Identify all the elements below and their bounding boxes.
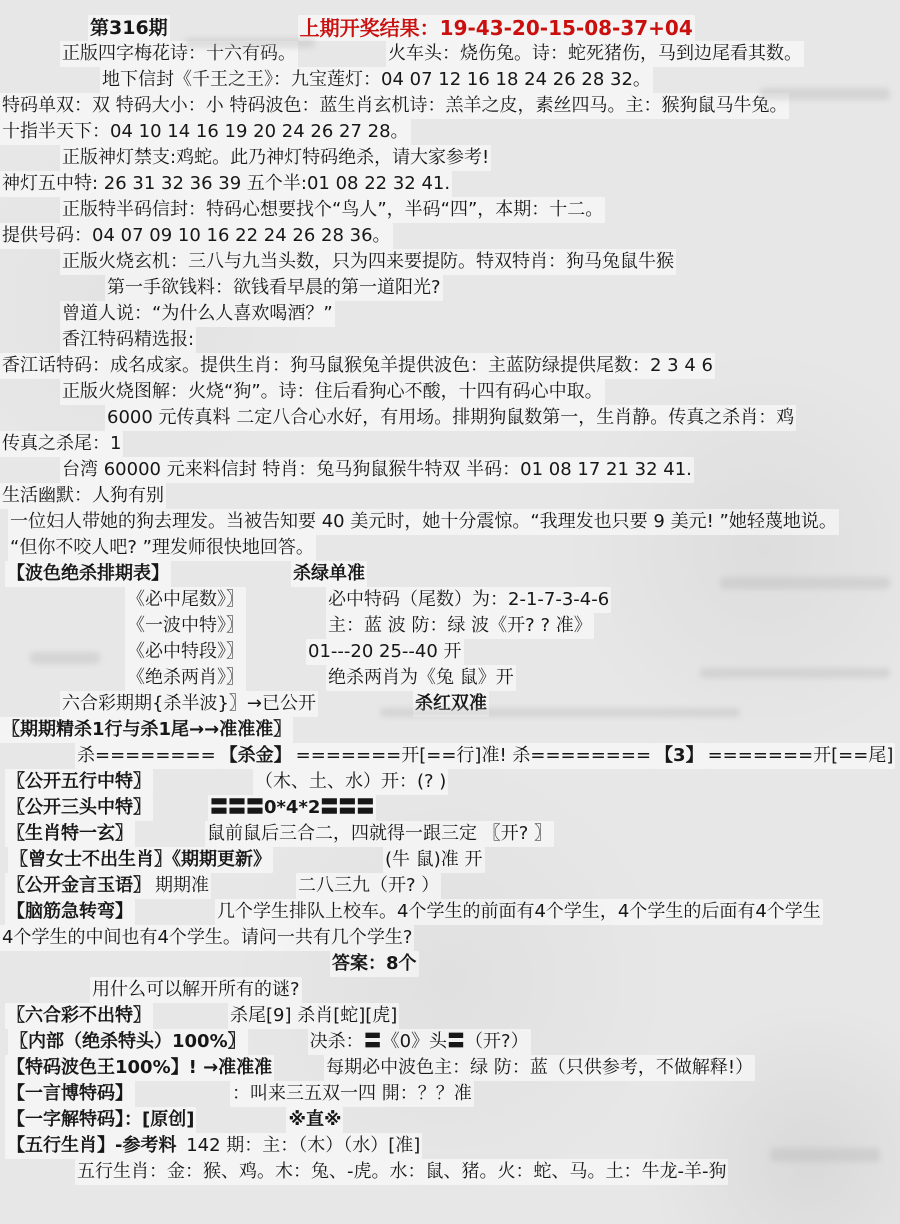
text-segment: （木、土、水）开：(? ): [253, 769, 448, 795]
text-line: 〖公开三头中特〗〓〓〓0*4*2〓〓〓: [0, 795, 900, 821]
text-segment: 〖公开五行中特〗: [5, 769, 153, 795]
text-segment: 〖公开三头中特〗: [5, 795, 153, 821]
text-segment: 正版四字梅花诗：十六有码。: [60, 41, 298, 67]
text-line: 一位妇人带她的狗去理发。当被告知要 40 美元时，她十分震惊。“我理发也只要 9…: [0, 509, 900, 535]
text-segment: 六合彩期期{杀半波}〗→已公开: [60, 691, 318, 717]
text-line: 〖曾女士不出生肖〗《期期更新》(牛 鼠)准 开: [0, 847, 900, 873]
text-segment: 〖公开金言玉语〗: [5, 873, 153, 899]
text-segment: 几个学生排队上校车。4个学生的前面有4个学生，4个学生的后面有4个学生: [215, 899, 823, 925]
text-segment: 传真之杀尾：1: [0, 431, 123, 457]
text-segment: 期期准: [153, 873, 211, 899]
text-segment: 【3】: [653, 743, 706, 769]
text-line: 正版神灯禁支:鸡蛇。此乃神灯特码绝杀，请大家参考!: [0, 145, 900, 171]
text-line: 《一波中特》〗主：蓝 波 防：绿 波《开? ? 准》: [0, 613, 900, 639]
text-segment: 曾道人说：“为什么人喜欢喝酒？”: [60, 301, 335, 327]
text-segment: 杀绿单准: [291, 561, 367, 587]
text-line: 【波色绝杀排期表】杀绿单准: [0, 561, 900, 587]
text-line: 【一字解特码】：[原创]※直※: [0, 1107, 900, 1133]
text-line: 香江话特码：成名成家。提供生肖：狗马鼠猴兔羊提供波色：主蓝防绿提供尾数：2 3 …: [0, 353, 900, 379]
text-segment: 用什么可以解开所有的谜?: [90, 977, 302, 1003]
text-line: 六合彩期期{杀半波}〗→已公开杀红双准: [0, 691, 900, 717]
text-segment: 每期必中波色主：绿 防：蓝（只供参考，不做解释!）: [324, 1055, 755, 1081]
text-line: 4个学生的中间也有4个学生。请问一共有几个学生?: [0, 925, 900, 951]
text-segment: 正版火烧图解：火烧“狗”。诗：住后看狗心不酸，十四有码心中取。: [60, 379, 605, 405]
text-line: 6000 元传真料 二定八合心水好，有用场。排期狗鼠数第一，生肖静。传真之杀肖：…: [0, 405, 900, 431]
text-segment: 【特码波色王100%】! →准准准: [5, 1055, 274, 1081]
text-line: 第316期上期开奖结果：19-43-20-15-08-37+04: [0, 15, 900, 41]
text-segment: 【一言博特码】: [5, 1081, 135, 1107]
text-segment: 答案：8个: [330, 951, 419, 977]
text-segment: 第一手欲钱料：欲钱看早晨的第一道阳光?: [105, 275, 443, 301]
text-segment: 〖六合彩不出特〗: [5, 1003, 153, 1029]
text-line: 正版火烧图解：火烧“狗”。诗：住后看狗心不酸，十四有码心中取。: [0, 379, 900, 405]
text-segment: 〖期期精杀1行与杀1尾→→准准准〗: [0, 717, 293, 743]
text-line: 特码单双：双 特码大小：小 特码波色：蓝生肖玄机诗：羔羊之皮，素丝四马。主：猴狗…: [0, 93, 900, 119]
text-segment: 主：蓝 波 防：绿 波《开? ? 准》: [326, 613, 594, 639]
text-line: 《必中尾数》〗必中特码（尾数）为：2-1-7-3-4-6: [0, 587, 900, 613]
text-line: 《绝杀两肖》〗绝杀两肖为《兔 鼠》开: [0, 665, 900, 691]
text-segment: 〓〓〓0*4*2〓〓〓: [208, 795, 376, 821]
text-segment: 〖内部（绝杀特头）100%〗: [8, 1029, 248, 1055]
text-segment: 【杀金】: [218, 743, 294, 769]
text-segment: 一位妇人带她的狗去理发。当被告知要 40 美元时，她十分震惊。“我理发也只要 9…: [8, 509, 839, 535]
text-segment: 台湾 60000 元来料信封 特肖：兔马狗鼠猴牛特双 半码：01 08 17 2…: [60, 457, 694, 483]
text-line: 答案：8个: [0, 951, 900, 977]
text-segment: 【脑筋急转弯】: [5, 899, 135, 925]
text-segment: “但你不咬人吧? ”理发师很快地回答。: [8, 535, 316, 561]
text-segment: 正版神灯禁支:鸡蛇。此乃神灯特码绝杀，请大家参考!: [60, 145, 491, 171]
last-draw-result-text: 上期开奖结果：19-43-20-15-08-37+04: [298, 15, 695, 41]
text-segment: 鼠前鼠后三合二，四就得一跟三定 〖开? 〗: [205, 821, 554, 847]
text-line: 〖内部（绝杀特头）100%〗决杀：〓《0》头〓（开?）: [0, 1029, 900, 1055]
text-segment: =======开[==行]准! 杀========: [294, 743, 653, 769]
text-segment: 十指半天下：04 10 14 16 19 20 24 26 27 28。: [0, 119, 411, 145]
text-line: 台湾 60000 元来料信封 特肖：兔马狗鼠猴牛特双 半码：01 08 17 2…: [0, 457, 900, 483]
text-segment: 杀红双准: [413, 691, 489, 717]
text-segment: 杀尾[9] 杀肖[蛇][虎]: [228, 1003, 399, 1029]
text-segment: 绝杀两肖为《兔 鼠》开: [326, 665, 516, 691]
text-line: 五行生肖：金：猴、鸡。木：兔、-虎。水：鼠、猪。火：蛇、马。土：牛龙-羊-狗: [0, 1159, 900, 1185]
text-segment: =======开[==尾]: [706, 743, 896, 769]
text-segment: 01---20 25--40 开: [306, 639, 464, 665]
text-segment: 〖曾女士不出生肖〗《期期更新》: [8, 847, 273, 873]
text-line: 提供号码：04 07 09 10 16 22 24 26 28 36。: [0, 223, 900, 249]
text-line: 杀========【杀金】=======开[==行]准! 杀========【3…: [0, 743, 900, 769]
text-segment: 五行生肖：金：猴、鸡。木：兔、-虎。水：鼠、猪。火：蛇、马。土：牛龙-羊-狗: [75, 1159, 728, 1185]
text-segment: 《必中特段》〗: [125, 639, 246, 665]
text-line: 〖公开五行中特〗（木、土、水）开：(? ): [0, 769, 900, 795]
text-line: 正版四字梅花诗：十六有码。火车头：烧伤兔。诗：蛇死猪伤，马到边尾看其数。: [0, 41, 900, 67]
text-segment: 火车头：烧伤兔。诗：蛇死猪伤，马到边尾看其数。: [386, 41, 804, 67]
text-segment: 香江特码精选报:: [60, 327, 196, 353]
text-line: 第一手欲钱料：欲钱看早晨的第一道阳光?: [0, 275, 900, 301]
lottery-tip-sheet: 第316期上期开奖结果：19-43-20-15-08-37+04正版四字梅花诗：…: [0, 0, 900, 1185]
text-line: 地下信封《千王之王》：九宝莲灯：04 07 12 16 18 24 26 28 …: [0, 67, 900, 93]
text-segment: 【五行生肖】-参考料: [5, 1133, 178, 1159]
text-segment: 【一字解特码】：[原创]: [5, 1107, 196, 1133]
text-segment: 《必中尾数》〗: [125, 587, 246, 613]
text-line: 传真之杀尾：1: [0, 431, 900, 457]
text-line: 〖六合彩不出特〗杀尾[9] 杀肖[蛇][虎]: [0, 1003, 900, 1029]
text-line: 〖公开金言玉语〗期期准二八三九（开? ）: [0, 873, 900, 899]
text-segment: 142 期：主：（木）（水）[准]: [178, 1133, 422, 1159]
text-line: 香江特码精选报:: [0, 327, 900, 353]
text-segment: ：叫来三五双一四 開：？？准: [230, 1081, 474, 1107]
text-segment: 6000 元传真料 二定八合心水好，有用场。排期狗鼠数第一，生肖静。传真之杀肖：…: [105, 405, 796, 431]
text-segment: 提供号码：04 07 09 10 16 22 24 26 28 36。: [0, 223, 393, 249]
text-segment: 香江话特码：成名成家。提供生肖：狗马鼠猴兔羊提供波色：主蓝防绿提供尾数：2 3 …: [0, 353, 715, 379]
issue-number: 第316期: [88, 15, 170, 41]
text-segment: 《绝杀两肖》〗: [125, 665, 246, 691]
text-line: 生活幽默：人狗有别: [0, 483, 900, 509]
text-line: “但你不咬人吧? ”理发师很快地回答。: [0, 535, 900, 561]
text-line: 【五行生肖】-参考料 142 期：主：（木）（水）[准]: [0, 1133, 900, 1159]
text-segment: 4个学生的中间也有4个学生。请问一共有几个学生?: [0, 925, 414, 951]
text-line: 【一言博特码】：叫来三五双一四 開：？？准: [0, 1081, 900, 1107]
text-segment: (牛 鼠)准 开: [383, 847, 485, 873]
text-segment: 二八三九（开? ）: [296, 873, 441, 899]
text-segment: 生活幽默：人狗有别: [0, 483, 166, 509]
text-line: 神灯五中特: 26 31 32 36 39 五个半:01 08 22 32 41…: [0, 171, 900, 197]
text-segment: 〖生肖特一玄〗: [5, 821, 135, 847]
text-segment: 【波色绝杀排期表】: [5, 561, 171, 587]
text-segment: 正版火烧玄机：三八与九当头数，只为四来要提防。特双特肖：狗马兔鼠牛猴: [60, 249, 676, 275]
text-line: 〖生肖特一玄〗鼠前鼠后三合二，四就得一跟三定 〖开? 〗: [0, 821, 900, 847]
text-line: 【特码波色王100%】! →准准准每期必中波色主：绿 防：蓝（只供参考，不做解释…: [0, 1055, 900, 1081]
text-line: 十指半天下：04 10 14 16 19 20 24 26 27 28。: [0, 119, 900, 145]
text-line: 曾道人说：“为什么人喜欢喝酒？”: [0, 301, 900, 327]
text-line: 正版特半码信封：特码心想要找个“鸟人”，半码“四”，本期：十二。: [0, 197, 900, 223]
text-line: 正版火烧玄机：三八与九当头数，只为四来要提防。特双特肖：狗马兔鼠牛猴: [0, 249, 900, 275]
text-line: 【脑筋急转弯】几个学生排队上校车。4个学生的前面有4个学生，4个学生的后面有4个…: [0, 899, 900, 925]
text-segment: 正版特半码信封：特码心想要找个“鸟人”，半码“四”，本期：十二。: [60, 197, 605, 223]
text-segment: 《一波中特》〗: [125, 613, 246, 639]
text-segment: ※直※: [286, 1107, 343, 1133]
text-line: 《必中特段》〗01---20 25--40 开: [0, 639, 900, 665]
text-segment: 决杀：〓《0》头〓（开?）: [308, 1029, 531, 1055]
text-line: 用什么可以解开所有的谜?: [0, 977, 900, 1003]
text-segment: 特码单双：双 特码大小：小 特码波色：蓝生肖玄机诗：羔羊之皮，素丝四马。主：猴狗…: [0, 93, 789, 119]
text-segment: 地下信封《千王之王》：九宝莲灯：04 07 12 16 18 24 26 28 …: [100, 67, 653, 93]
text-line: 〖期期精杀1行与杀1尾→→准准准〗: [0, 717, 900, 743]
text-segment: 神灯五中特: 26 31 32 36 39 五个半:01 08 22 32 41…: [0, 171, 452, 197]
text-segment: 杀========: [75, 743, 218, 769]
text-segment: 必中特码（尾数）为：2-1-7-3-4-6: [326, 587, 611, 613]
